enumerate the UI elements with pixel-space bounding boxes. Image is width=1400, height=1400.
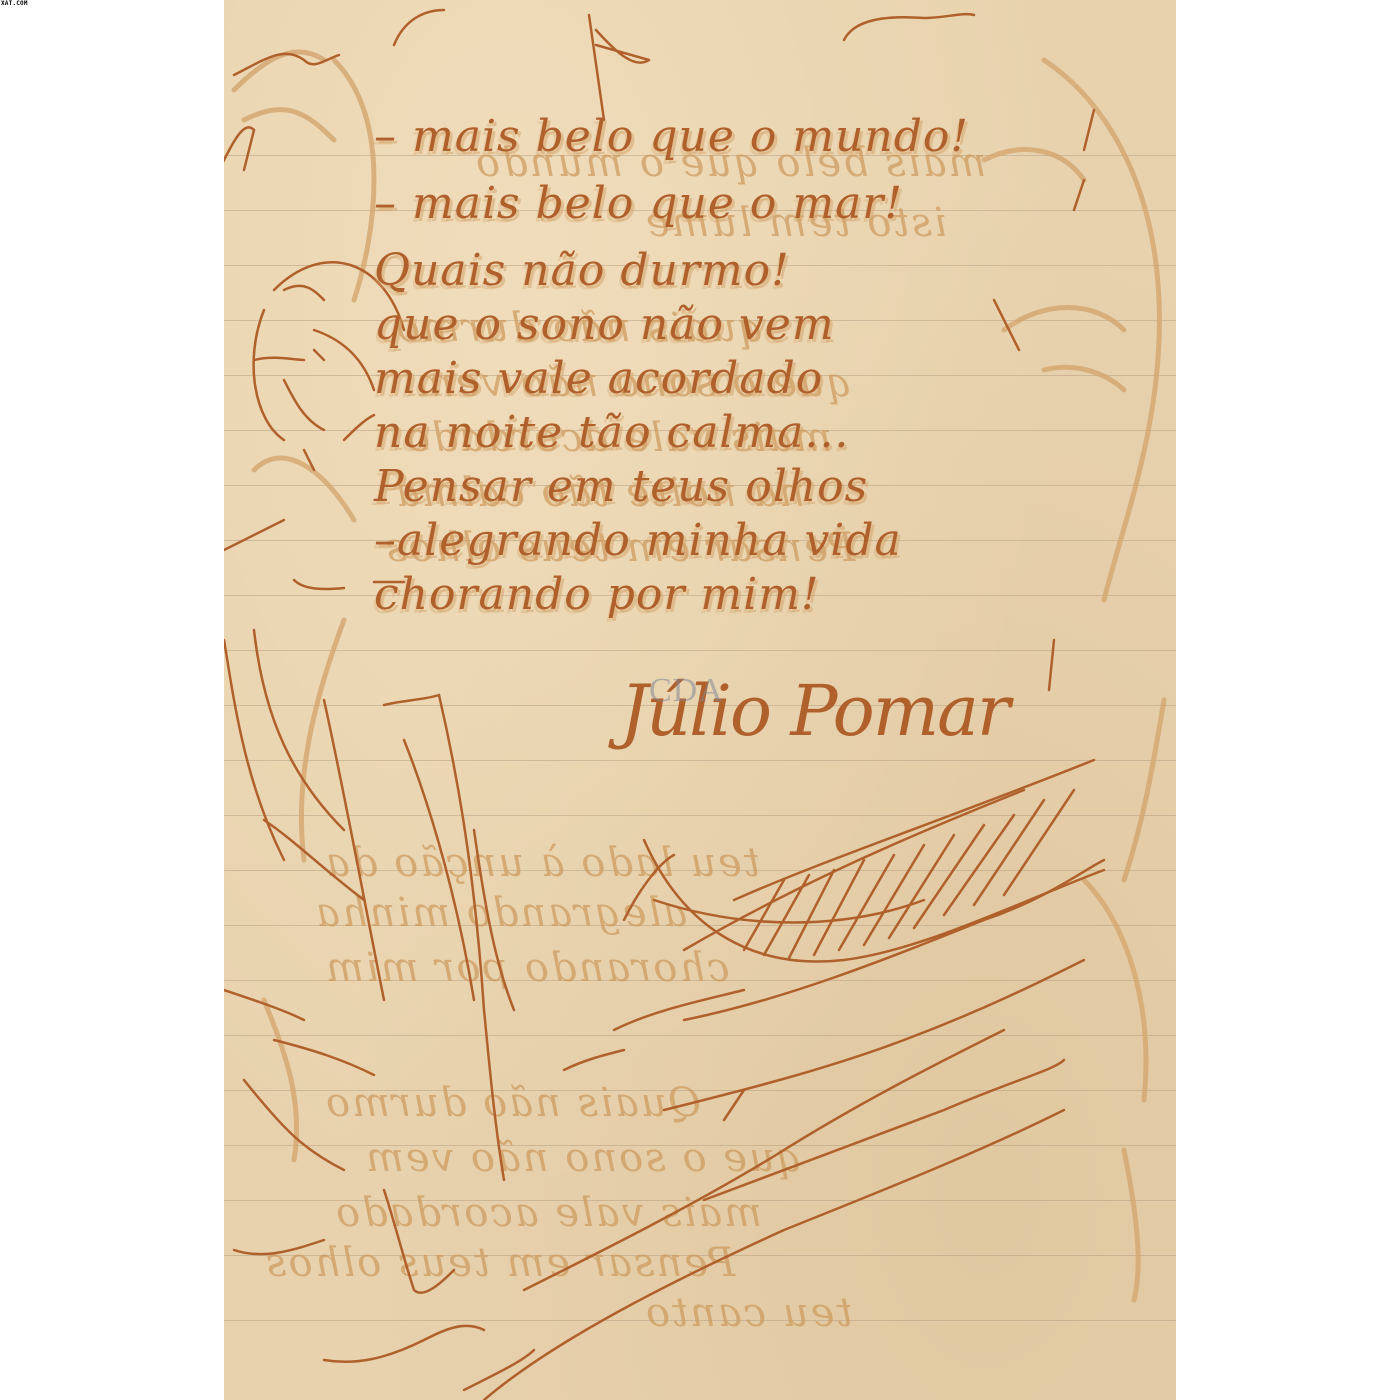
manuscript-paper: mais belo que o mundo isto tem lume quai… — [224, 0, 1176, 1400]
poem-line: na noite tão calma... — [374, 406, 1154, 460]
site-label: XAT.COM — [1, 0, 28, 7]
poem-line: Pensar em teus olhos — [374, 460, 1154, 514]
poem-line: – mais belo que o mar! — [374, 164, 1154, 244]
poem-line: Quais não durmo! — [374, 244, 1154, 298]
poem-line: mais vale acordado — [374, 352, 1154, 406]
handwritten-poem: – mais belo que o mundo! – mais belo que… — [374, 110, 1154, 622]
poem-line: – mais belo que o mundo! — [374, 110, 1154, 164]
poem-line: –alegrando minha vida — [374, 514, 1154, 568]
poem-line: que o sono não vem — [374, 298, 1154, 352]
artwork-canvas: XAT.COM mais belo que o mundo isto tem l… — [0, 0, 1400, 1400]
watermark: CDA — [649, 672, 724, 710]
poem-line: chorando por mim! — [374, 568, 1154, 622]
